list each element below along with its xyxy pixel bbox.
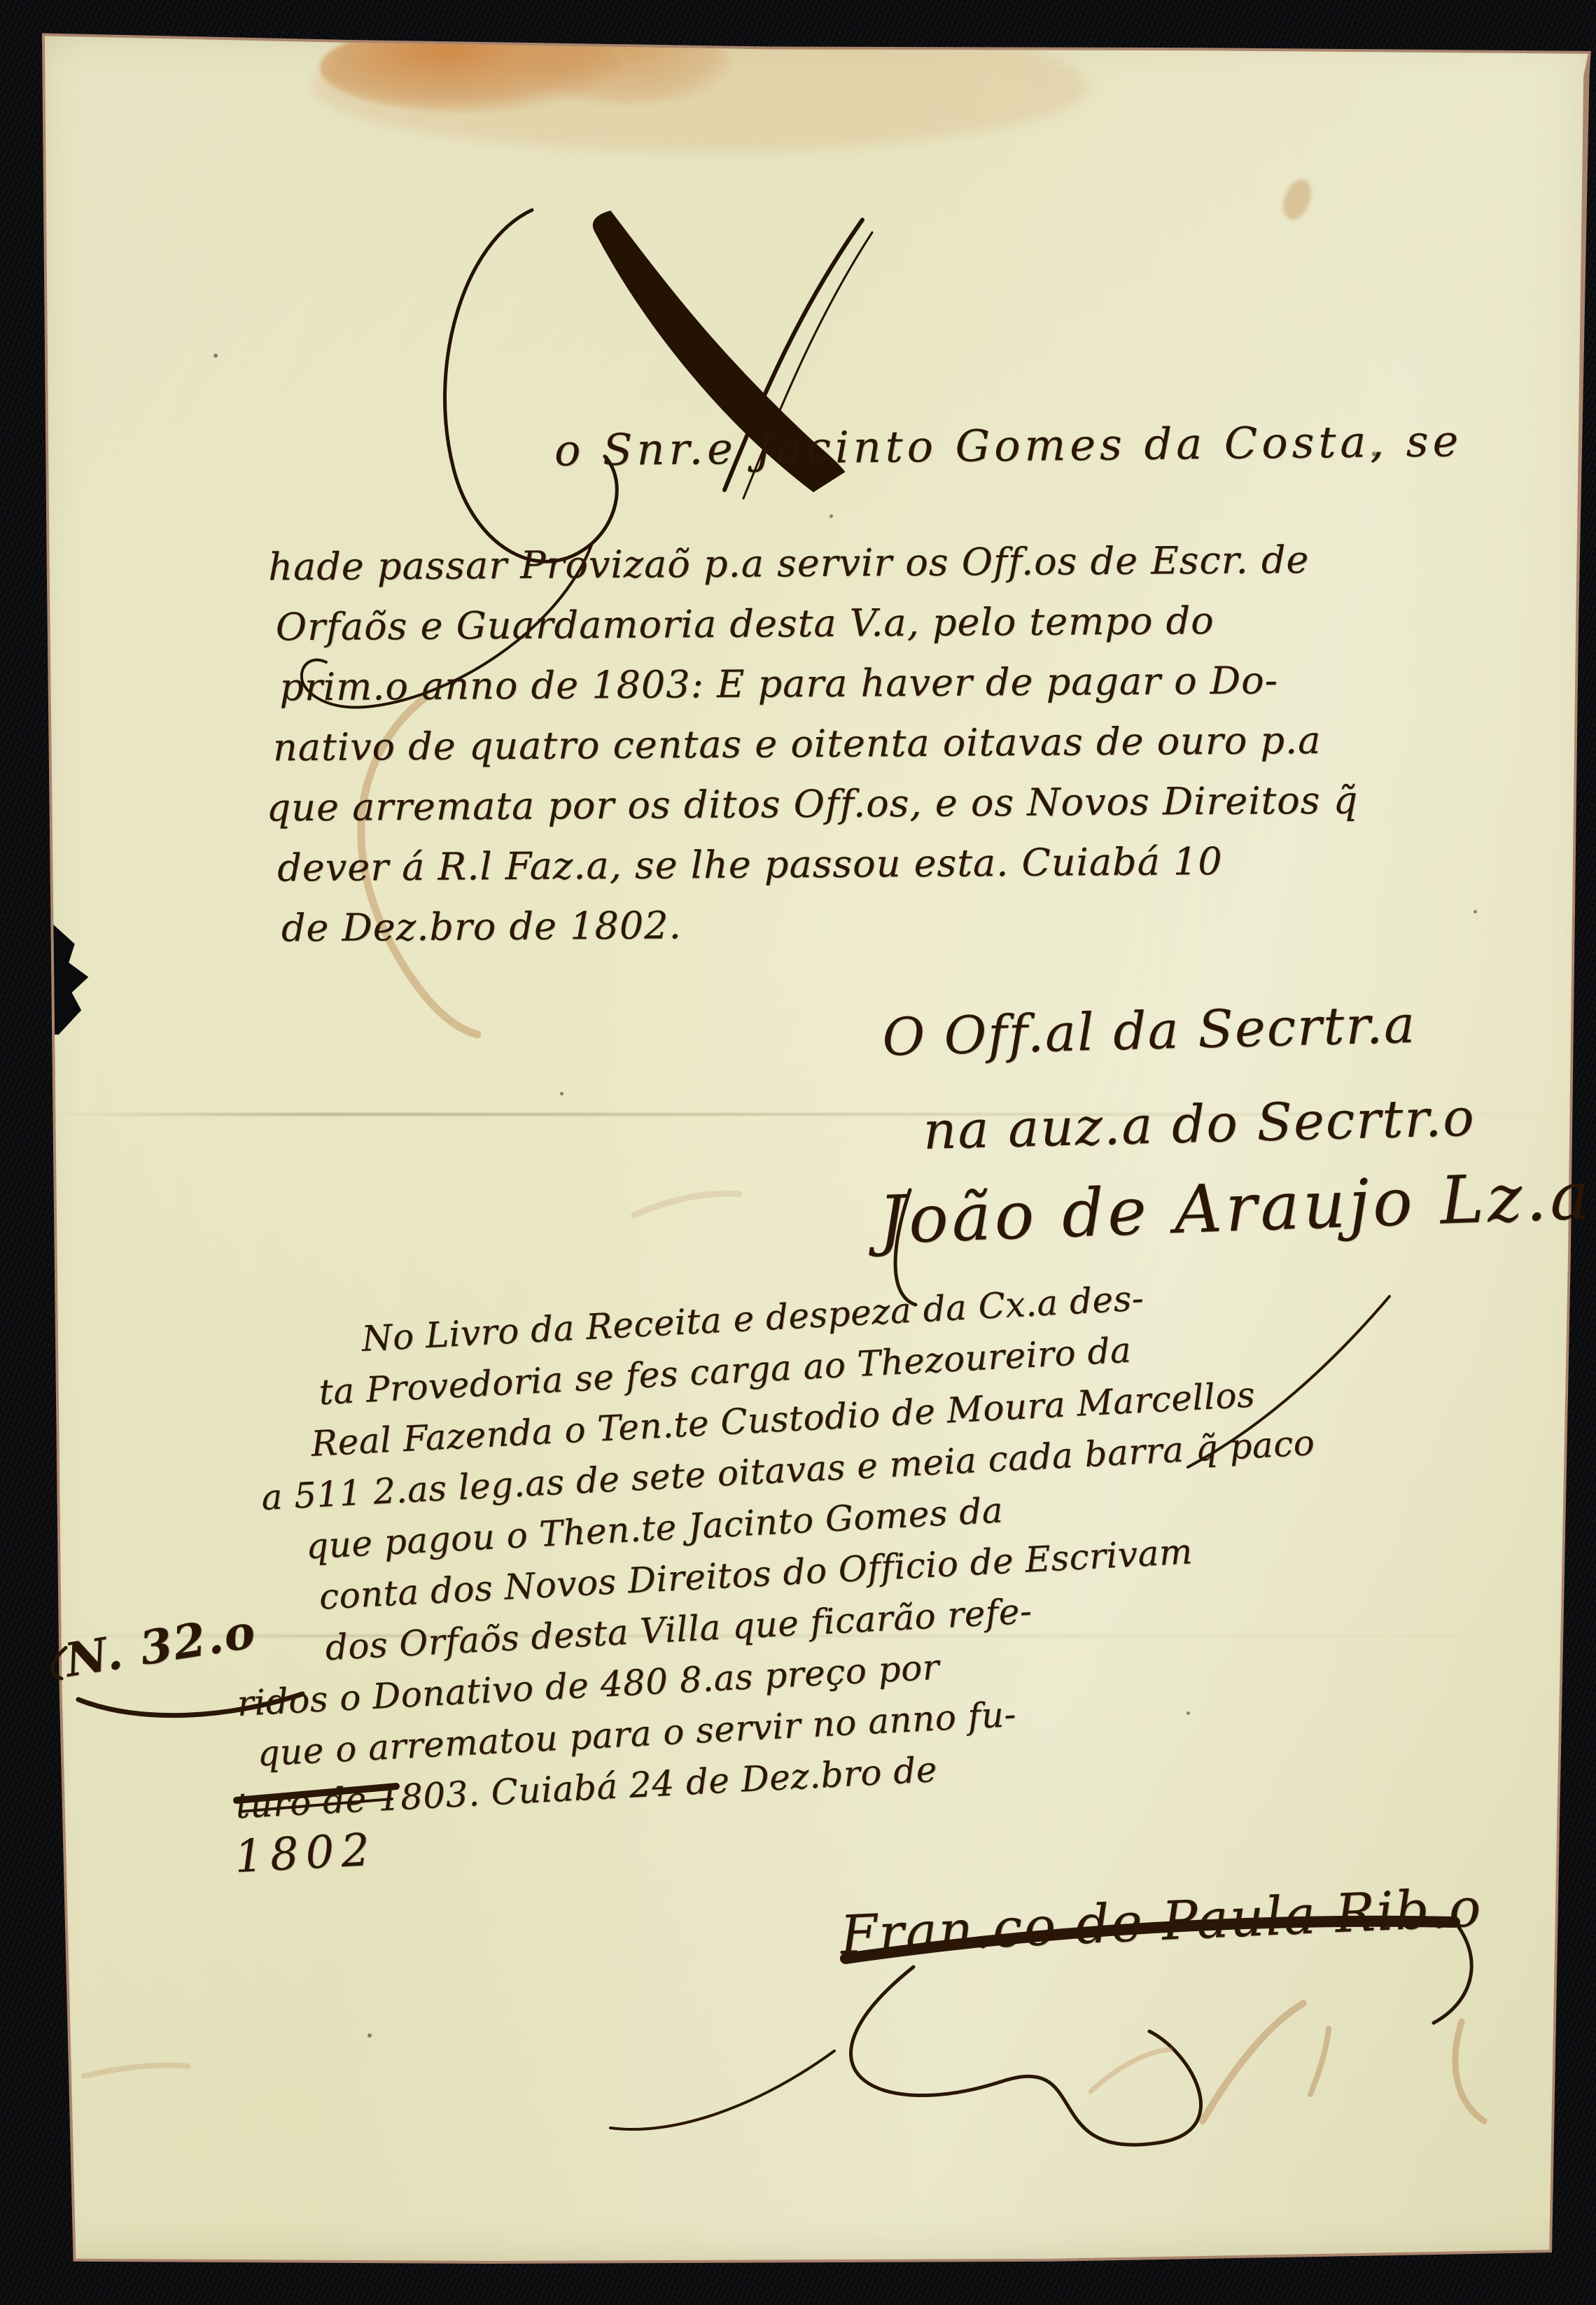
small-stain-spot	[1278, 176, 1316, 224]
provision-line: que arremata por os ditos Off.os, e os N…	[266, 771, 1358, 839]
provision-line: nativo de quatro centas e oitenta oitava…	[273, 710, 1358, 778]
paper-speck	[1473, 910, 1477, 913]
secretary-note-line: O Off.al da Secrtr.a	[881, 976, 1474, 1086]
paper-speck	[560, 1092, 563, 1095]
secretary-note-line: na auz.a do Secrtr.o	[922, 1071, 1476, 1179]
burn-stain-secondary	[521, 26, 731, 104]
paper-speck	[213, 353, 218, 358]
secretary-office-note: O Off.al da Secrtr.a na auz.a do Secrtr.…	[881, 976, 1476, 1180]
paper-speck	[829, 514, 833, 518]
provision-line: prim.o anno de 1803: E para haver de pag…	[279, 650, 1357, 718]
provision-line: dever á R.l Faz.a, se lhe passou esta. C…	[277, 831, 1359, 899]
treasury-receipt-paragraph: No Livro da Receita e despeza da Cx.a de…	[294, 1264, 1335, 1879]
provision-paragraph: hade passar Provizaõ p.a servir os Off.o…	[268, 530, 1359, 959]
paper-speck	[367, 2033, 372, 2038]
provision-line: de Dez.bro de 1802.	[281, 891, 1359, 959]
provision-line: Orfaõs e Guardamoria desta V.a, pelo tem…	[276, 590, 1357, 658]
photograph-of-manuscript: o Snr.e Jacinto Gomes da Costa, se hade …	[0, 0, 1596, 2305]
provision-line: hade passar Provizaõ p.a servir os Off.o…	[268, 530, 1357, 598]
provision-opening-line: o Snr.e Jacinto Gomes da Costa, se	[554, 415, 1463, 476]
